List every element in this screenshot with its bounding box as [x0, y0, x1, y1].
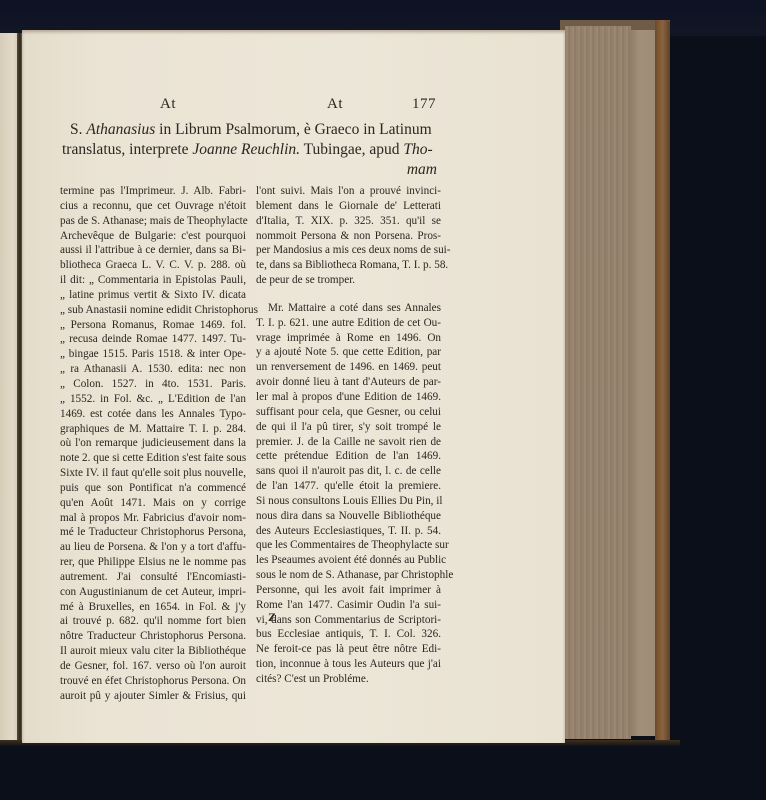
text-line: de qui il l'a pû tirer, s'y soit trompé …: [256, 420, 441, 435]
text-line: note 2. que si cette Edition s'est faite…: [60, 451, 246, 466]
paragraph-gap: [256, 288, 441, 301]
page-block-edge-outer: [628, 30, 658, 736]
text-line: qu'en Août 1471. Mais on y corrige: [60, 496, 246, 511]
text-line: auroit pû y ajouter Simler & Frisius, qu…: [60, 689, 246, 704]
book-cover-board: [655, 20, 670, 742]
running-head-left: At: [160, 96, 176, 113]
entry-printer: mam: [407, 161, 437, 178]
text-line: Ne feroit-ce pas là peut être nôtre Edi-: [256, 642, 441, 657]
text-line: cius a reconnu, que cet Ouvrage n'étoit: [60, 199, 246, 214]
text-line: per Mandosius a mis ces deux noms de sui…: [256, 243, 441, 258]
signature-mark: Z: [268, 610, 276, 625]
text-line: cités? C'est un Probléme.: [256, 672, 441, 687]
entry-line-2: translatus, interprete Joanne Reuchlin. …: [62, 140, 437, 160]
running-head-center: At: [327, 96, 343, 113]
text-line: autrement. J'ai consulté l'Encomiasti-: [60, 570, 246, 585]
text-line: „ sub Anastasii nomine edidit Christopho…: [60, 303, 246, 318]
bibliographic-entry: S. Athanasius in Librum Psalmorum, è Gra…: [62, 120, 437, 180]
text-line: puis que son Pontificat n'a commencé: [60, 481, 246, 496]
text-line: „ latine primus vertit & Sixto IV. dicat…: [60, 288, 246, 303]
text-line: un renversement de 1496. en 1469. peut: [256, 360, 441, 375]
text-line: Rome l'an 1477. Casimir Oudin l'a sui-: [256, 598, 441, 613]
text-line: nommoit Persona & non Porsena. Pros-: [256, 229, 441, 244]
text-line: de l'an 1477. qu'elle étoit la premiere.: [256, 479, 441, 494]
text-line: blement dans le Giornale de' Letterati: [256, 199, 441, 214]
left-column: termine pas l'Imprimeur. J. Alb. Fabri- …: [60, 184, 246, 704]
text-line: bus Ecclesiae antiquis, T. I. Col. 326.: [256, 627, 441, 642]
entry-text: in Librum Psalmorum, è Graeco in Latinum: [155, 121, 431, 138]
text-line: te, dans sa Bibliotheca Romana, T. I. p.…: [256, 258, 441, 273]
text-line: bliotheca Graeca L. V. C. V. p. 288. où: [60, 258, 246, 273]
text-line: mé le Traducteur Christophorus Persona,: [60, 525, 246, 540]
text-line: les Pseaumes avoient été donnés au Publi…: [256, 553, 441, 568]
text-line: où l'on remarque judicieusement dans la: [60, 436, 246, 451]
text-line: pas de S. Athanase; mais de Theophylacte: [60, 214, 246, 229]
entry-line-1: S. Athanasius in Librum Psalmorum, è Gra…: [62, 120, 437, 140]
text-line: premier. J. de la Caille ne savoit rien …: [256, 435, 441, 450]
entry-text: translatus, interprete: [62, 141, 192, 158]
text-line: de peur de se tromper.: [256, 273, 441, 288]
text-line: y a ajouté Note 5. que cette Edition, pa…: [256, 345, 441, 360]
entry-author: Athanasius: [86, 121, 155, 138]
text-line: trouvé en éfet Christophorus Persona. On: [60, 674, 246, 689]
text-line: „ recusa deinde Romae 1477. 1497. Tu-: [60, 332, 246, 347]
text-line: „ bingae 1515. Paris 1518. & inter Ope-: [60, 347, 246, 362]
text-line: de Gesner, fol. 167. verso où l'on auroi…: [60, 659, 246, 674]
text-line: avoir donné lieu à tant d'Auteurs de par…: [256, 375, 441, 390]
entry-text: Tubingae, apud: [300, 141, 403, 158]
text-line: cette prétendue Edition de l'an 1469.: [256, 449, 441, 464]
text-line: Sixte IV. il faut qu'elle soit plus nouv…: [60, 466, 246, 481]
text-line: rer, que Philippe Elsius ne le nomme pas: [60, 555, 246, 570]
text-line: Mr. Mattaire a coté dans ses Annales: [256, 301, 441, 316]
text-line: ler mal à propos d'une Edition de 1469.: [256, 390, 441, 405]
entry-printer: Tho-: [403, 141, 432, 158]
book-photograph: At At 177 S. Athanasius in Librum Psalmo…: [0, 0, 766, 800]
text-line: „ Colon. 1527. in 4to. 1531. Paris.: [60, 377, 246, 392]
text-line: graphiques de M. Mattaire T. I. p. 284.: [60, 422, 246, 437]
text-line: T. I. p. 621. une autre Edition de cet O…: [256, 316, 441, 331]
paragraph-1: l'ont suivi. Mais l'on a prouvé invinci-…: [256, 184, 441, 288]
text-line: d'Italia, T. XIX. p. 325. 351. qu'il se: [256, 214, 441, 229]
right-column: l'ont suivi. Mais l'on a prouvé invinci-…: [256, 184, 441, 687]
text-line: que les Commentaires de Theophylacte sur: [256, 538, 441, 553]
text-line: Personne, qui les avoit fait imprimer à: [256, 583, 441, 598]
text-line: sous le nom de S. Athanase, par Christop…: [256, 568, 441, 583]
text-line: nôtre Traducteur Christophorus Persona.: [60, 629, 246, 644]
page-block-fore-edge: [563, 26, 631, 739]
text-line: vrage imprimée à Rome en 1496. On: [256, 331, 441, 346]
text-line: Archevêque de Bulgarie: c'est pourquoi: [60, 229, 246, 244]
text-line: „ ra Athanasii A. 1530. edita: nec non: [60, 362, 246, 377]
text-line: con Augustinianum de cet Auteur, impri-: [60, 585, 246, 600]
paragraph-2: Mr. Mattaire a coté dans ses Annales T. …: [256, 301, 441, 687]
entry-line-3: mam: [62, 160, 437, 180]
text-line: Si nous consultons Louis Ellies Du Pin, …: [256, 494, 441, 509]
entry-text: S.: [70, 121, 86, 138]
entry-translator: Joanne Reuchlin.: [192, 141, 300, 158]
text-line: termine pas l'Imprimeur. J. Alb. Fabri-: [60, 184, 246, 199]
text-line: suffisant pour cela, que Gesner, ou celu…: [256, 405, 441, 420]
text-line: vi, dans son Commentarius de Scriptori-: [256, 613, 441, 628]
text-line: des Auteurs Ecclesiastiques, T. II. p. 5…: [256, 524, 441, 539]
text-line: tion, inconnue à tous les Auteurs que j'…: [256, 657, 441, 672]
text-line: l'ont suivi. Mais l'on a prouvé invinci-: [256, 184, 441, 199]
text-line: „ 1552. in Fol. &c. „ L'Edition de l'an: [60, 392, 246, 407]
page-number: 177: [412, 96, 436, 113]
text-line: mal à propos Mr. Fabricius d'avoir nom-: [60, 511, 246, 526]
text-line: au lieu de Porsena. & l'on y a tort d'af…: [60, 540, 246, 555]
text-line: ai trouvé p. 682. qu'il nomme fort bien: [60, 614, 246, 629]
text-line: aussi il l'attribue à ce dernier, dans s…: [60, 243, 246, 258]
text-line: sans quoi il n'auroit pas dit, l. c. de …: [256, 464, 441, 479]
text-line: nous dira dans sa Nouvelle Bibliothéque: [256, 509, 441, 524]
text-line: mé à Bruxelles, en 1654. in Fol. & j'y: [60, 600, 246, 615]
text-line: il dit: „ Commentaria in Epistolas Pauli…: [60, 273, 246, 288]
text-line: Il auroit mieux valu citer la Bibliothéq…: [60, 644, 246, 659]
text-line: 1469. est cotée dans les Annales Typo-: [60, 407, 246, 422]
text-line: „ Persona Romanus, Romae 1469. fol.: [60, 318, 246, 333]
